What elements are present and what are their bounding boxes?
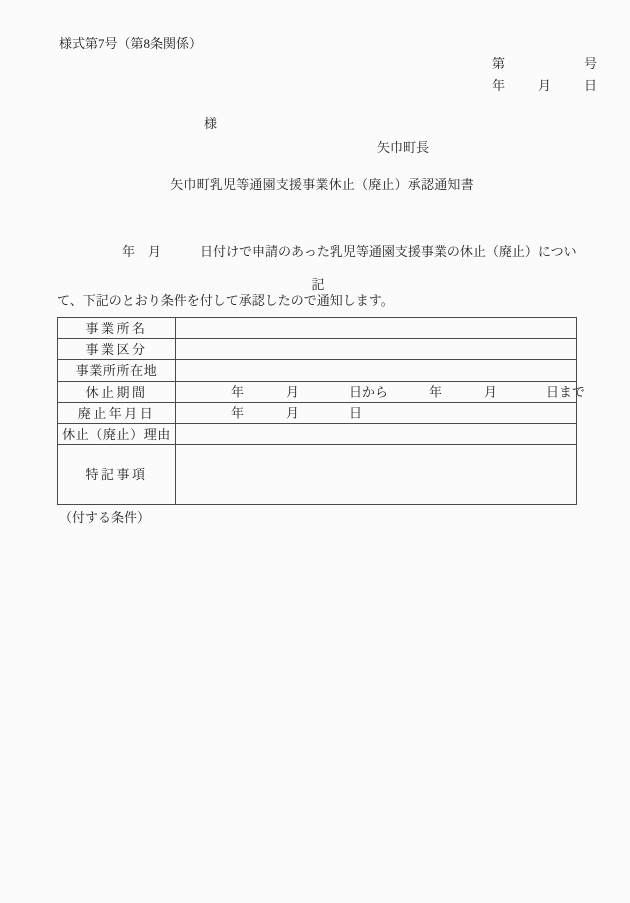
table-row-abolition-date: 廃止年月日 年 月 日 (58, 403, 577, 424)
abolition-year-label: 年 (231, 407, 244, 420)
doc-number-line: 第 号 (0, 57, 630, 71)
abolition-month-label: 月 (286, 407, 299, 420)
body-line-2: て、下記のとおり条件を付して承認したので通知します。 (57, 289, 581, 312)
period-from-day-label: 日から (349, 386, 388, 399)
table-row-business-address: 事業所所在地 (58, 360, 577, 382)
row-label: 事業区分 (58, 339, 176, 360)
row-label: 特記事項 (58, 445, 176, 505)
table-row-suspension-period: 休止期間 年 月 日から 年 月 日まで (58, 382, 577, 403)
sender-title: 矢巾町長 (377, 141, 429, 154)
document-page: 様式第7号（第8条関係） 第 号 年 月 日 様 矢巾町長 矢巾町乳児等通園支援… (0, 0, 630, 903)
form-table: 事業所名 事業区分 事業所所在地 休止期間 年 月 日から 年 月 日まで 廃止… (57, 317, 577, 505)
row-value-cell (176, 424, 577, 445)
addressee-honorific: 様 (204, 117, 217, 130)
row-label: 休止（廃止）理由 (58, 424, 176, 445)
row-value-cell: 年 月 日から 年 月 日まで (176, 382, 577, 403)
date-line: 年 月 日 (0, 79, 630, 93)
row-value-cell (176, 445, 577, 505)
table-row-business-category: 事業区分 (58, 339, 577, 360)
abolition-day-label: 日 (349, 407, 362, 420)
period-to-month-label: 月 (484, 386, 497, 399)
row-label: 事業所名 (58, 318, 176, 339)
form-number: 様式第7号（第8条関係） (59, 37, 202, 50)
row-label: 事業所所在地 (58, 360, 176, 382)
period-from-month-label: 月 (286, 386, 299, 399)
record-marker: 記 (0, 278, 630, 291)
row-value-cell (176, 360, 577, 382)
period-from-year-label: 年 (231, 386, 244, 399)
table-row-business-name: 事業所名 (58, 318, 577, 339)
doc-number-suffix: 号 (584, 57, 597, 70)
row-label: 廃止年月日 (58, 403, 176, 424)
table-row-special-notes: 特記事項 (58, 445, 577, 505)
document-title: 矢巾町乳児等通園支援事業休止（廃止）承認通知書 (0, 178, 630, 191)
body-line-1: 年 月 日付けで申請のあった乳児等通園支援事業の休止（廃止）につい (57, 240, 581, 263)
attached-conditions-note: （付する条件） (59, 511, 150, 524)
date-day-label: 日 (584, 79, 597, 92)
row-label: 休止期間 (58, 382, 176, 403)
row-value-cell (176, 339, 577, 360)
period-to-day-label: 日まで (546, 386, 585, 399)
row-value-cell (176, 318, 577, 339)
period-to-year-label: 年 (429, 386, 442, 399)
row-value-cell: 年 月 日 (176, 403, 577, 424)
date-month-label: 月 (538, 79, 551, 92)
doc-number-prefix: 第 (492, 57, 505, 70)
table-row-reason: 休止（廃止）理由 (58, 424, 577, 445)
date-year-label: 年 (492, 79, 505, 92)
